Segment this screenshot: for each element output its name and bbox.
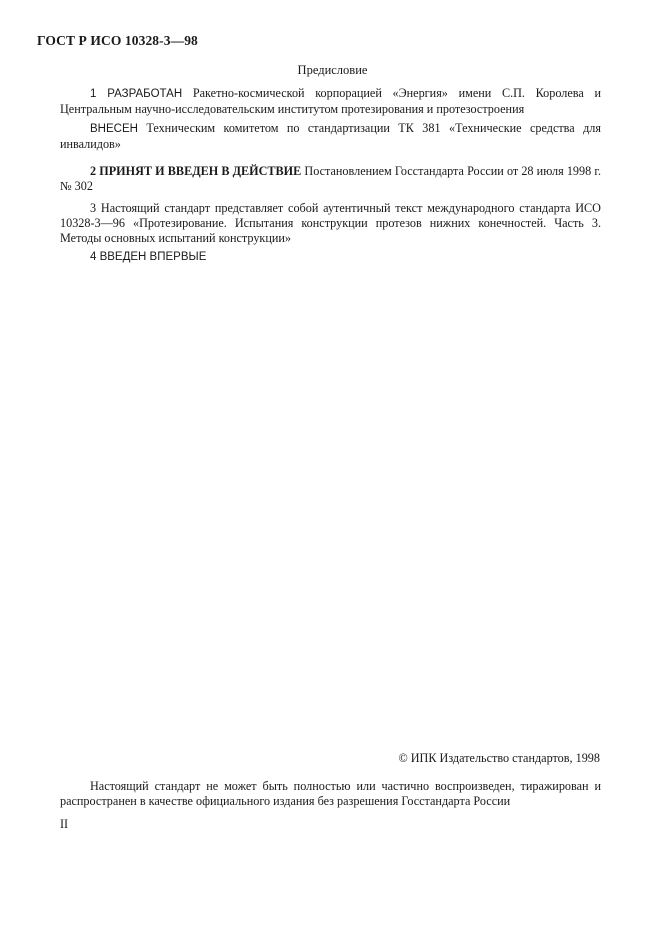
paragraph-text: Техническим комитетом по стандартизации … — [60, 121, 601, 151]
paragraph-text: Настоящий стандарт представляет собой ау… — [60, 201, 601, 245]
reproduction-notice: Настоящий стандарт не может быть полност… — [60, 779, 601, 809]
paragraph-lead: 4 ВВЕДЕН ВПЕРВЫЕ — [90, 251, 206, 263]
section-title: Предисловие — [0, 63, 661, 78]
paragraph-lead: 2 ПРИНЯТ И ВВЕДЕН В ДЕЙСТВИЕ — [90, 164, 301, 178]
paragraph-developed-by: 1 РАЗРАБОТАН Ракетно-космической корпора… — [60, 86, 601, 117]
copyright-notice: © ИПК Издательство стандартов, 1998 — [398, 751, 600, 766]
paragraph-authentic-text: 3 Настоящий стандарт представляет собой … — [60, 201, 601, 246]
standard-code-header: ГОСТ Р ИСО 10328-3—98 — [37, 33, 198, 49]
page-number: II — [60, 817, 68, 832]
paragraph-introduced-by: ВНЕСЕН Техническим комитетом по стандарт… — [60, 121, 601, 152]
paragraph-introduced-first: 4 ВВЕДЕН ВПЕРВЫЕ — [60, 249, 601, 265]
paragraph-lead: 1 РАЗРАБОТАН — [90, 88, 182, 100]
paragraph-adopted: 2 ПРИНЯТ И ВВЕДЕН В ДЕЙСТВИЕ Постановлен… — [60, 164, 601, 194]
paragraph-lead: ВНЕСЕН — [90, 123, 138, 135]
